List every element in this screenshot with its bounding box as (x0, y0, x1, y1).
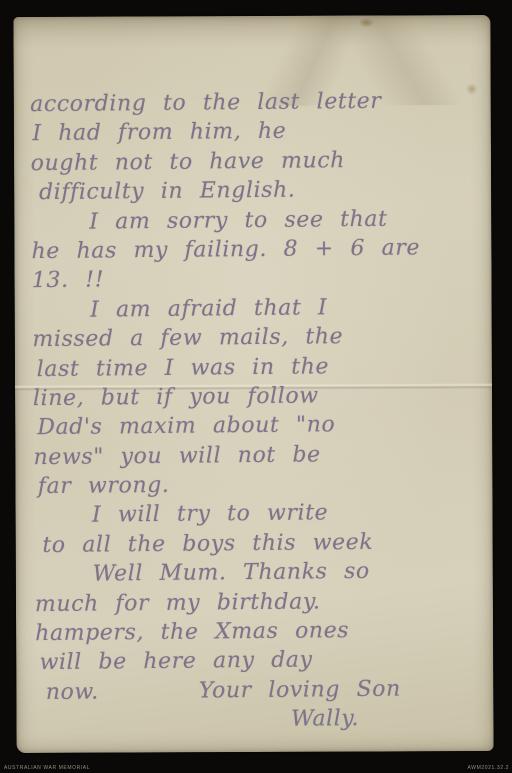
letter-line: line, but if you follow (33, 380, 482, 414)
letter-line: difficulty in English. (31, 174, 480, 208)
scan-viewer: according to the last letterI had from h… (0, 0, 512, 773)
letter-line: I will try to write (34, 497, 483, 531)
letter-line: last time I was in the (33, 350, 482, 384)
letter-line: 13. !! (32, 262, 481, 296)
letter-line: missed a few mails, the (32, 321, 481, 355)
letter-page: according to the last letterI had from h… (13, 15, 493, 753)
paper-stain (358, 17, 374, 27)
letter-line: Wally. (36, 703, 485, 737)
letter-line: hampers, the Xmas ones (35, 615, 484, 649)
letter-line: he has my failing. 8 + 6 are (31, 233, 480, 267)
letter-line: I had from him, he (30, 115, 479, 149)
letter-text: according to the last letterI had from h… (30, 86, 485, 737)
letter-line: according to the last letter (30, 86, 479, 120)
letter-line: far wrong. (34, 468, 483, 502)
letter-line: ought not to have much (31, 145, 480, 179)
letter-line: Dad's maxim about "no (33, 409, 482, 443)
letter-line: I am sorry to see that (31, 203, 480, 237)
letter-line: now.Your loving Son (36, 674, 485, 708)
letter-line: news" you will not be (33, 439, 482, 473)
letter-line: Well Mum. Thanks so (35, 556, 484, 590)
letter-line: I am afraid that I (32, 292, 481, 326)
letter-line: much for my birthday. (35, 585, 484, 619)
archive-caption-right: AWM2021.32.2 (468, 765, 509, 771)
letter-line: to all the boys this week (34, 527, 483, 561)
letter-line: will be here any day (35, 644, 484, 678)
archive-caption-left: AUSTRALIAN WAR MEMORIAL (4, 765, 90, 771)
